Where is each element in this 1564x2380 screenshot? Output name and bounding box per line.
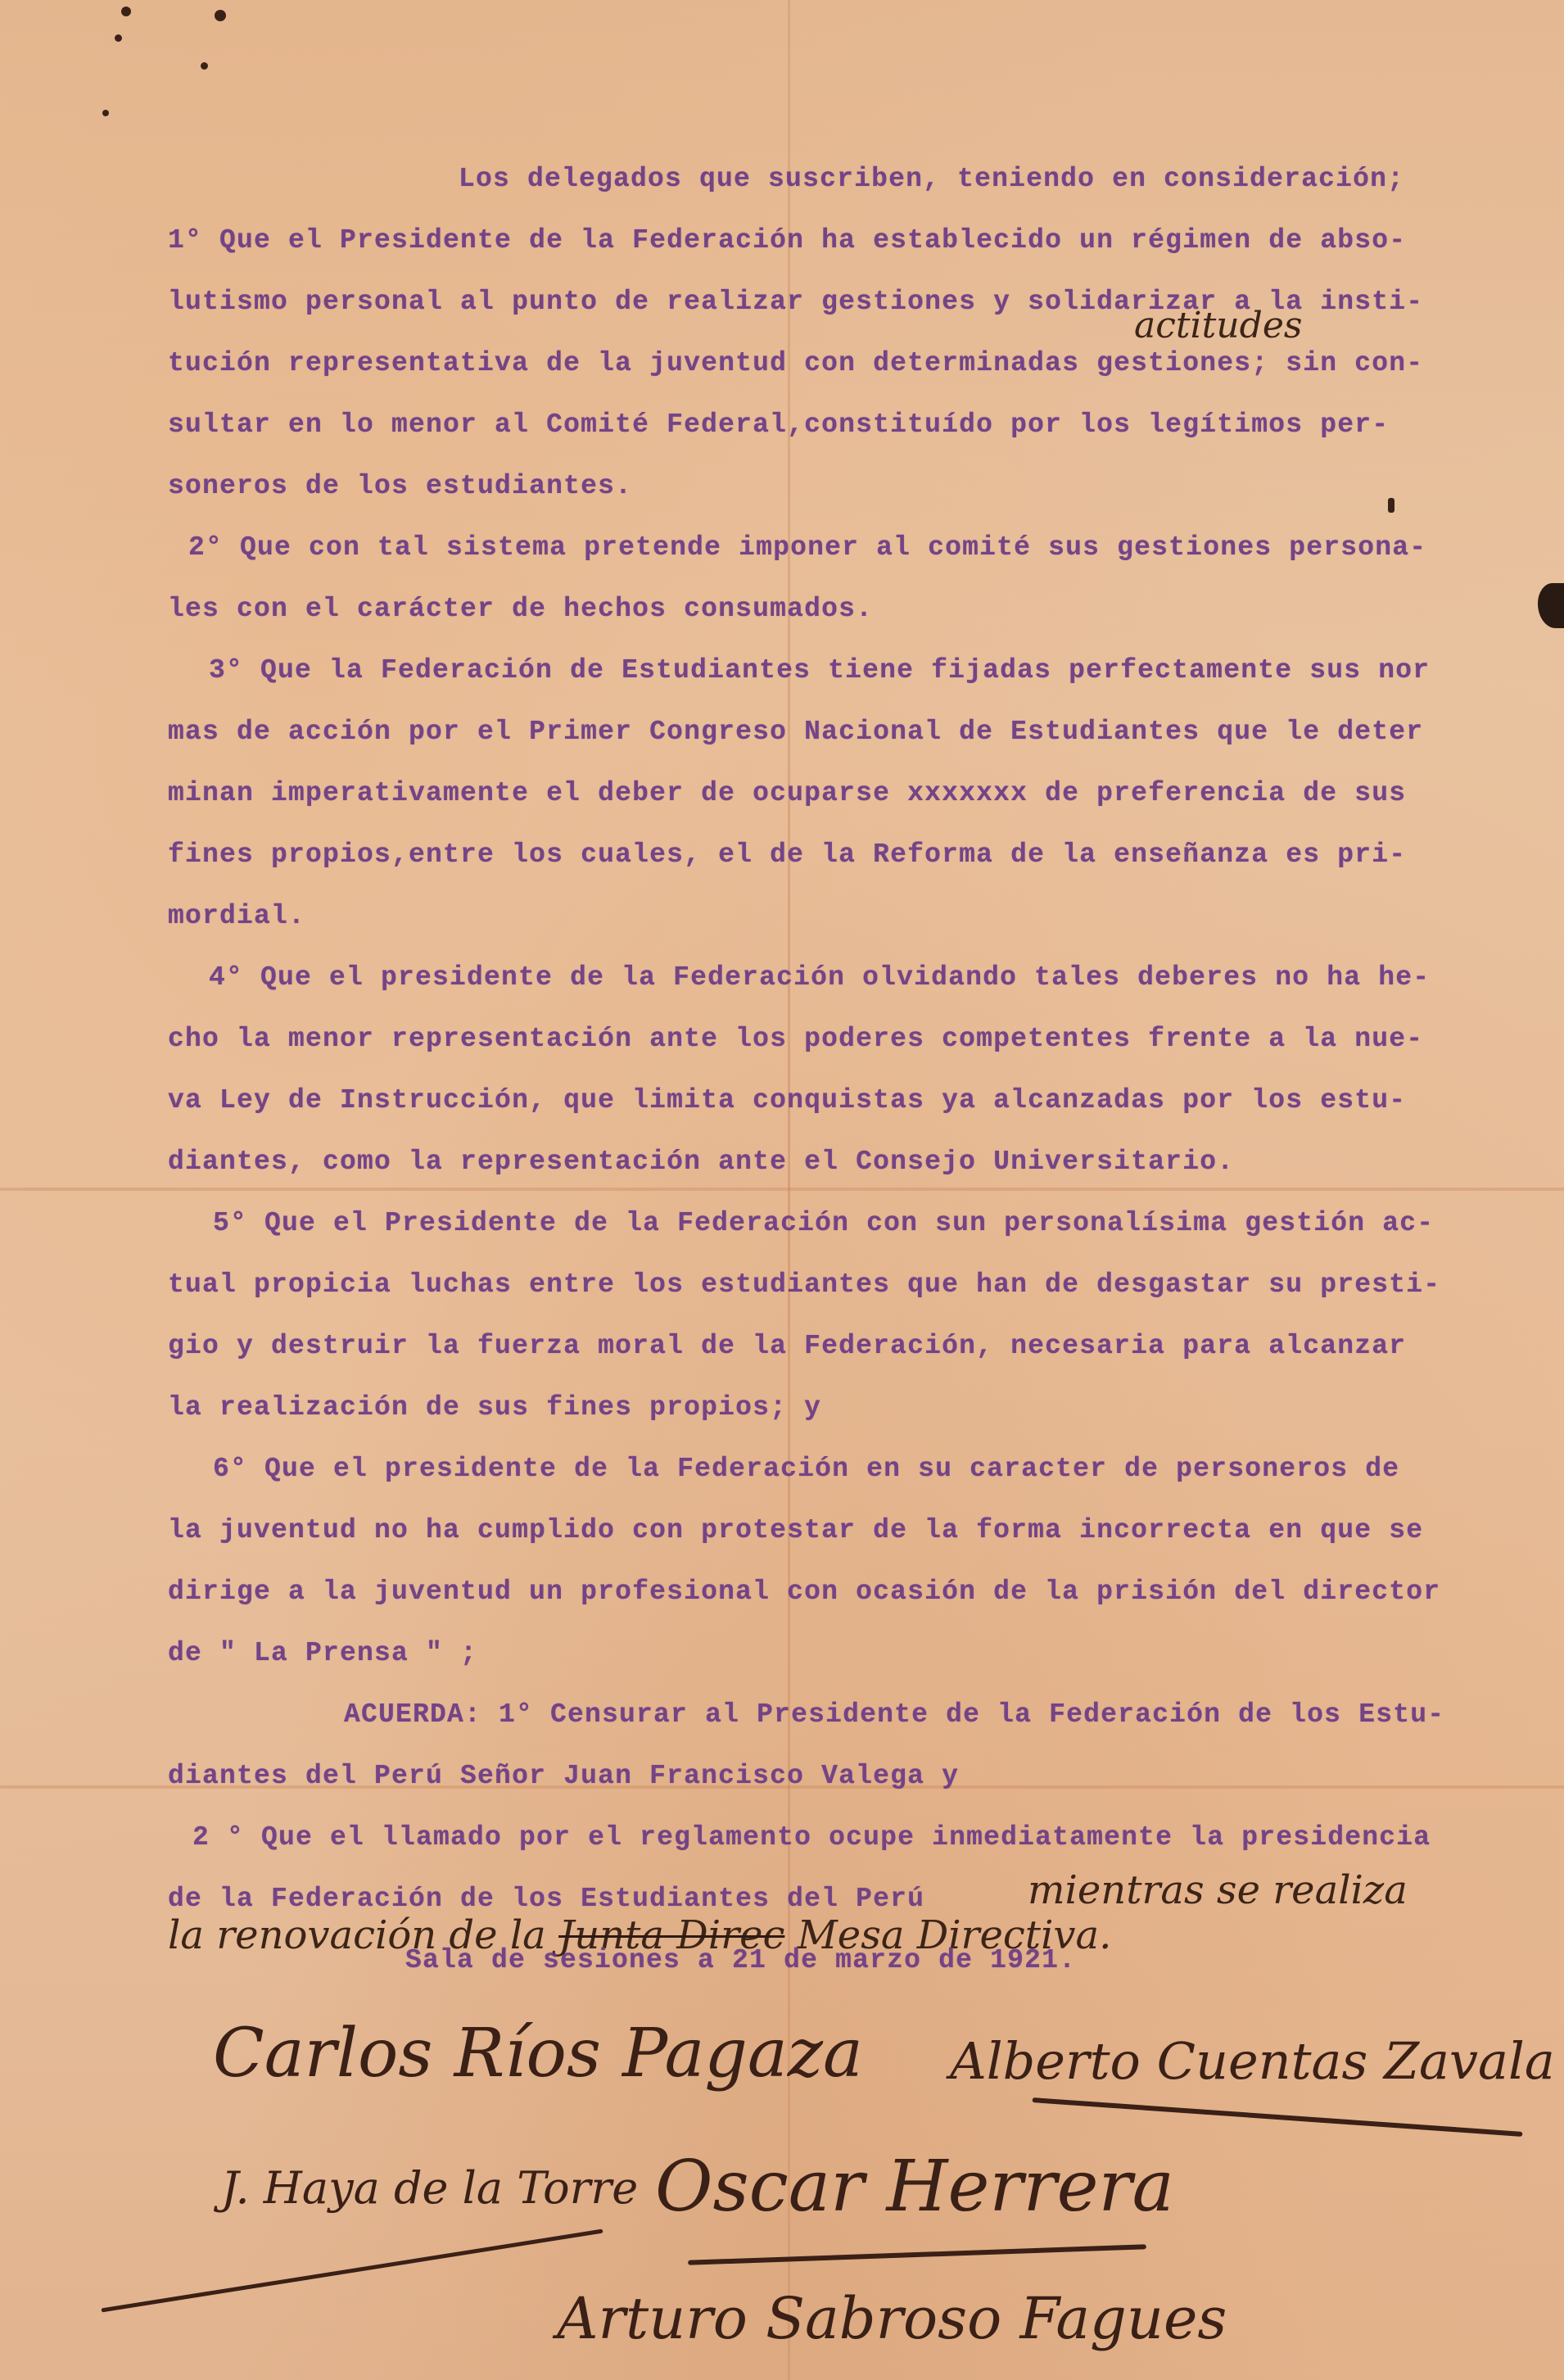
paragraph-2-line: les con el carácter de hechos consumados… [168,594,873,624]
ink-speck [102,110,109,116]
paragraph-1-line: sultar en lo menor al Comité Federal,con… [168,409,1389,440]
resolution-line: 2 ° Que el llamado por el reglamento ocu… [192,1822,1431,1853]
handwritten-insert: actitudes [1134,305,1302,346]
closing-date-line: Sala de sesiones a 21 de marzo de 1921. [405,1945,1076,1975]
paragraph-3-line: fines propios,entre los cuales, el de la… [168,839,1406,870]
signature: Alberto Cuentas Zavala [950,2031,1555,2091]
paragraph-6-line: 6° Que el presidente de la Federación en… [213,1454,1399,1484]
signature-flourish [101,2229,603,2313]
signature: Carlos Ríos Pagaza [213,2015,863,2093]
paragraph-6-line: dirige a la juventud un profesional con … [168,1577,1440,1607]
signature-flourish [1033,2097,1523,2137]
signature: Oscar Herrera [655,2146,1174,2228]
ink-blot [1538,583,1564,628]
ink-speck [1388,498,1394,513]
ink-speck [115,34,122,42]
paragraph-3-line: mas de acción por el Primer Congreso Nac… [168,717,1423,747]
paragraph-3-line: mordial. [168,901,305,931]
paragraph-4-line: cho la menor representación ante los pod… [168,1024,1423,1054]
signature-flourish [688,2244,1146,2265]
paragraph-4-line: va Ley de Instrucción, que limita conqui… [168,1085,1406,1115]
resolution-line: diantes del Perú Señor Juan Francisco Va… [168,1761,959,1791]
ink-speck [215,10,226,21]
handwritten-continuation: mientras se realiza [1028,1867,1408,1913]
paragraph-3-line: minan imperativamente el deber de ocupar… [168,778,1406,808]
ink-speck [121,7,131,16]
resolution-line: ACUERDA: 1° Censurar al Presidente de la… [344,1699,1444,1730]
resolution-line: de la Federación de los Estudiantes del … [168,1884,924,1914]
paragraph-1-line: tución representativa de la juventud con… [168,348,1423,378]
paragraph-5-line: 5° Que el Presidente de la Federación co… [213,1208,1434,1238]
paragraph-5-line: tual propicia luchas entre los estudiant… [168,1269,1440,1300]
paragraph-4-line: 4° Que el presidente de la Federación ol… [209,962,1430,993]
intro-line: Los delegados que suscriben, teniendo en… [459,164,1404,194]
signature: Arturo Sabroso Fagues [557,2285,1227,2352]
paragraph-6-line: la juventud no ha cumplido con protestar… [168,1515,1423,1545]
paper-fold-horizontal [0,1188,1564,1191]
paragraph-2-line: 2° Que con tal sistema pretende imponer … [188,532,1426,563]
paragraph-4-line: diantes, como la representación ante el … [168,1147,1234,1177]
ink-speck [201,62,208,70]
paragraph-1-line: 1° Que el Presidente de la Federación ha… [168,225,1406,256]
paragraph-1-line: soneros de los estudiantes. [168,471,632,501]
paragraph-6-line: de " La Prensa " ; [168,1638,477,1668]
signature: J. Haya de la Torre [221,2162,638,2214]
paragraph-5-line: la realización de sus fines propios; y [168,1392,821,1423]
paragraph-5-line: gio y destruir la fuerza moral de la Fed… [168,1331,1406,1361]
paragraph-3-line: 3° Que la Federación de Estudiantes tien… [209,655,1430,685]
